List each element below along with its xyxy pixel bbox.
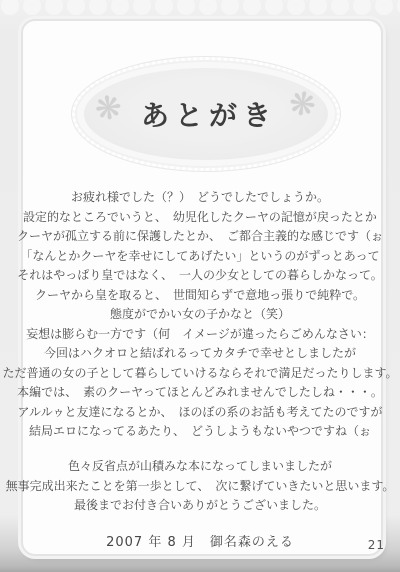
body-line: クーヤから皇を取ると、 世間知らずで意地っ張りで純粋で。 xyxy=(0,286,400,306)
body-line: クーヤが孤立する前に保護したとか、 ご都合主義的な感じです（ぉ xyxy=(0,227,400,247)
body-line: 本編では、 素のクーヤってほとんどみれませんでしたしね・・・。 xyxy=(0,383,400,403)
closing-line: 色々反省点が山積みな本になってしまいましたが xyxy=(0,457,400,477)
body-line: 妄想は膨らむ一方です（何 イメージが違ったらごめんなさい： xyxy=(0,325,400,345)
closing-line: 最後までお付き合いありがとうございました。 xyxy=(0,496,400,516)
top-lace-border xyxy=(0,0,400,16)
body-line: アルルゥと友達になるとか、 ほのぼの系のお話も考えてたのですが xyxy=(0,403,400,423)
date-signature: 2007 年 8 月 御名森のえる xyxy=(0,531,400,550)
page-number: 21 xyxy=(368,538,385,552)
body-line: 設定的なところでいうと、 幼児化したクーヤの記憶が戻ったとか xyxy=(0,208,400,228)
body-line: 今回はハクオロと結ばれるってカタチで幸せとしましたが xyxy=(0,344,400,364)
afterword-closing: 色々反省点が山積みな本になってしまいましたが 無事完成出来たことを第一歩として、… xyxy=(0,457,400,516)
closing-line: 無事完成出来たことを第一歩として、 次に繋げていきたいと思います。 xyxy=(0,477,400,497)
body-line: 結局エロになってるあたり、 どうしようもないやつですね（ぉ xyxy=(0,422,400,442)
body-line: お疲れ様でした（？） どうでしたでしょうか。 xyxy=(0,188,400,208)
title-badge: ❋ ❋ あとがき xyxy=(72,57,340,171)
body-line: ただ普通の女の子として暮らしていけるならそれで満足だったりします。 xyxy=(0,364,400,384)
body-line: それはやっぱり皇ではなく、 一人の少女としての暮らしかなって。 xyxy=(0,266,400,286)
page-title: あとがき xyxy=(75,60,337,168)
afterword-body: お疲れ様でした（？） どうでしたでしょうか。 設定的なところでいうと、 幼児化し… xyxy=(0,188,400,442)
body-line: 「なんとかクーヤを幸せにしてあげたい」というのがずっとあって xyxy=(0,247,400,267)
scanned-afterword-page: ❋ ❋ あとがき お疲れ様でした（？） どうでしたでしょうか。 設定的なところで… xyxy=(0,0,400,572)
body-line: 態度がでかい女の子かなと（笑） xyxy=(0,305,400,325)
